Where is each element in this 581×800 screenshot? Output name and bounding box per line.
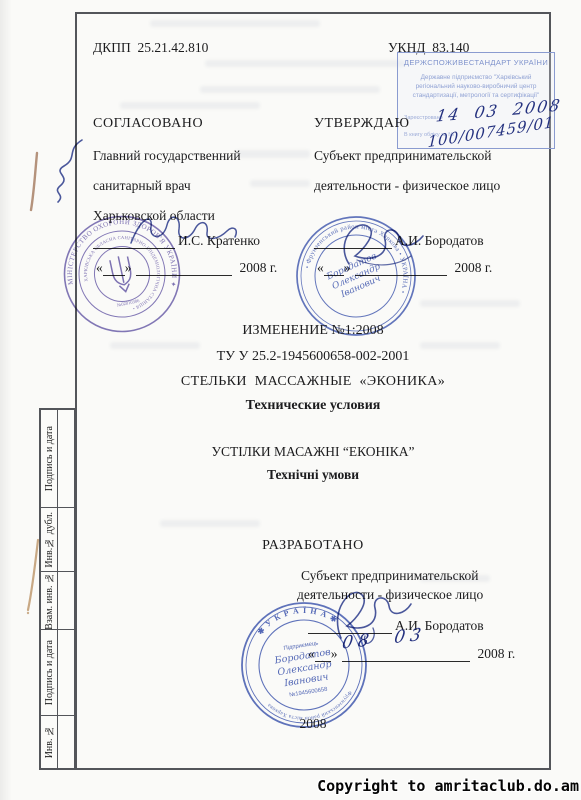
margin-label-cell: Подпись и дата <box>41 630 58 715</box>
year: 2008 <box>75 716 551 732</box>
margin-label: Подпись и дата <box>44 426 55 491</box>
margin-label: Инв. № <box>44 725 55 758</box>
tu-number: ТУ У 25.2-1945600658-002-2001 <box>75 349 551 365</box>
registration-enterprise-line: Державне підприємство "Харківський <box>398 73 554 82</box>
pen-mark <box>24 536 44 616</box>
margin-row: Инв.№ дубл. <box>41 508 74 572</box>
margin-label-cell: Подпись и дата <box>41 410 58 507</box>
borodatov-signature-bottom <box>315 580 420 652</box>
margin-row: Подпись и дата <box>41 630 74 716</box>
registration-org: ДЕРЖСПОЖИВЕСТАНДАРТ УКРАЇНИ <box>398 58 554 67</box>
product-title-ua: УСТІЛКИ МАСАЖНІ “ЕКОНІКА” <box>75 444 551 460</box>
trident-emblem-icon <box>109 255 134 294</box>
margin-label: Подпись и дата <box>44 640 55 705</box>
margin-row: Взам. инв. № <box>41 572 74 630</box>
margin-label: Инв.№ дубл. <box>44 512 55 568</box>
scanned-document-page: Подпись и дата Инв.№ дубл. Взам. инв. № … <box>0 0 581 800</box>
margin-empty-cell <box>58 410 74 507</box>
scan-edge-shadow <box>0 0 12 800</box>
agreed-line: Главний государственний <box>93 148 241 164</box>
margin-label: Взам. инв. № <box>44 572 55 630</box>
agreed-line: санитарный врач <box>93 178 191 194</box>
stamp-number: №1945600658 <box>289 687 328 699</box>
developed-date-suffix: 2008 г. <box>478 646 516 662</box>
margin-empty-cell <box>58 508 74 571</box>
kratenko-signature <box>127 207 242 252</box>
pen-mark <box>26 150 42 214</box>
agreed-date-suffix: 2008 г. <box>240 260 278 276</box>
product-title-ru: СТЕЛЬКИ МАССАЖНЫЕ «ЭКОНИКА» <box>75 374 551 390</box>
approved-line: Субъект предпринимательской <box>314 148 491 164</box>
subtitle-ua: Технічні умови <box>75 467 551 483</box>
approved-heading: УТВЕРЖДАЮ <box>314 116 410 132</box>
margin-empty-cell <box>58 572 74 629</box>
developed-heading: РАЗРАБОТАНО <box>75 538 551 554</box>
marginal-signature-squiggle <box>48 136 92 206</box>
margin-empty-cell <box>58 630 74 715</box>
approved-date-suffix: 2008 г. <box>455 260 493 276</box>
margin-empty-cell <box>58 716 74 768</box>
subtitle-ru: Технические условия <box>75 398 551 414</box>
dkpp-code: ДКПП 25.21.42.810 <box>93 40 208 56</box>
copyright-watermark: Copyright to amritaclub.do.am <box>317 777 579 795</box>
margin-row: Подпись и дата <box>41 410 74 508</box>
approved-line: деятельности - физическое лицо <box>314 178 500 194</box>
agreed-heading: СОГЛАСОВАНО <box>93 116 203 132</box>
margin-row: Инв. № <box>41 716 74 768</box>
margin-label-cell: Инв. № <box>41 716 58 768</box>
registration-enterprise-line: регіональний науково-виробничий центр <box>398 82 554 91</box>
gost-margin-table: Подпись и дата Инв.№ дубл. Взам. инв. № … <box>39 408 76 770</box>
change-title: ИЗМЕНЕНИЕ №1:2008 <box>75 323 551 339</box>
borodatov-signature-top <box>327 216 432 271</box>
